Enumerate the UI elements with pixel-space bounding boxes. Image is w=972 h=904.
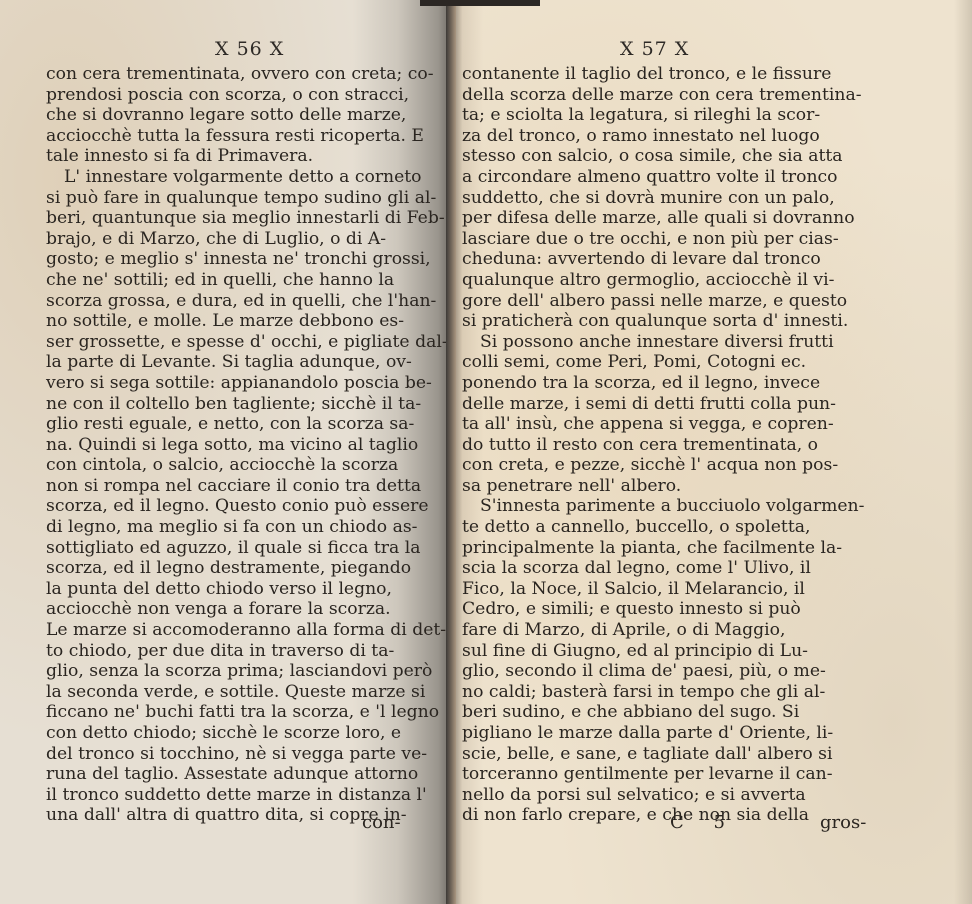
text-line: ta all' insù, che appena si vegga, e cop… [462, 414, 880, 435]
text-line: non si rompa nel cacciare il conio tra d… [46, 476, 438, 497]
signature-mark: C 5 [670, 812, 737, 833]
text-line: S'innesta parimente a bucciuolo volgarme… [462, 496, 880, 517]
text-line: si può fare in qualunque tempo sudino gl… [46, 188, 438, 209]
text-line: la parte di Levante. Si taglia adunque, … [46, 352, 438, 373]
text-line: runa del taglio. Assestate adunque attor… [46, 764, 438, 785]
text-line: principalmente la pianta, che facilmente… [462, 538, 880, 559]
text-line: glio, senza la scorza prima; lasciandovi… [46, 661, 438, 682]
text-line: la seconda verde, e sottile. Queste marz… [46, 682, 438, 703]
text-line: con creta, e pezze, sicchè l' acqua non … [462, 455, 880, 476]
text-line: acciocchè non venga a forare la scorza. [46, 599, 438, 620]
book-spread: X 56 X con cera trementinata, ovvero con… [0, 0, 972, 904]
text-line: ne con il coltello ben tagliente; sicchè… [46, 394, 438, 415]
left-page-body: con cera trementinata, ovvero con creta;… [46, 64, 438, 826]
text-line: to chiodo, per due dita in traverso di t… [46, 641, 438, 662]
text-line: scie, belle, e sane, e tagliate dall' al… [462, 744, 880, 765]
text-line: scorza grossa, e dura, ed in quelli, che… [46, 291, 438, 312]
text-line: Cedro, e simili; e questo innesto si può [462, 599, 880, 620]
text-line: scia la scorza dal legno, come l' Ulivo,… [462, 558, 880, 579]
text-line: di legno, ma meglio si fa con un chiodo … [46, 517, 438, 538]
text-line: sul fine di Giugno, ed al principio di L… [462, 641, 880, 662]
page-number-header: X 56 X [215, 38, 284, 60]
text-line: che ne' sottili; ed in quelli, che hanno… [46, 270, 438, 291]
text-line: za del tronco, o ramo innestato nel luog… [462, 126, 880, 147]
text-line: con cera trementinata, ovvero con creta;… [46, 64, 438, 85]
right-page-body: contanente il taglio del tronco, e le fi… [462, 64, 880, 826]
text-line: a circondare almeno quattro volte il tro… [462, 167, 880, 188]
text-line: scorza, ed il legno. Questo conio può es… [46, 496, 438, 517]
text-line: L' innestare volgarmente detto a corneto [46, 167, 438, 188]
text-line: con cintola, o salcio, acciocchè la scor… [46, 455, 438, 476]
text-line: gore dell' albero passi nelle marze, e q… [462, 291, 880, 312]
text-line: ficcano ne' buchi fatti tra la scorza, e… [46, 702, 438, 723]
text-line: prendosi poscia con scorza, o con stracc… [46, 85, 438, 106]
text-line: il tronco suddetto dette marze in distan… [46, 785, 438, 806]
text-line: vero si sega sottile: appianandolo posci… [46, 373, 438, 394]
text-line: Fico, la Noce, il Salcio, il Melarancio,… [462, 579, 880, 600]
text-line: stesso con salcio, o cosa simile, che si… [462, 146, 880, 167]
text-line: contanente il taglio del tronco, e le fi… [462, 64, 880, 85]
text-line: la punta del detto chiodo verso il legno… [46, 579, 438, 600]
text-line: delle marze, i semi di detti frutti coll… [462, 394, 880, 415]
text-line: Le marze si accomoderanno alla forma di … [46, 620, 438, 641]
text-line: tale innesto si fa di Primavera. [46, 146, 438, 167]
text-line: ser grossette, e spesse d' occhi, e pigl… [46, 332, 438, 353]
text-line: ponendo tra la scorza, ed il legno, inve… [462, 373, 880, 394]
text-line: do tutto il resto con cera trementinata,… [462, 435, 880, 456]
text-line: no caldi; basterà farsi in tempo che gli… [462, 682, 880, 703]
text-line: si praticherà con qualunque sorta d' inn… [462, 311, 880, 332]
text-line: colli semi, come Peri, Pomi, Cotogni ec. [462, 352, 880, 373]
text-line: glio resti eguale, e netto, con la scorz… [46, 414, 438, 435]
text-line: torceranno gentilmente per levarne il ca… [462, 764, 880, 785]
text-line: del tronco si tocchino, nè si vegga part… [46, 744, 438, 765]
text-line: sa penetrare nell' albero. [462, 476, 880, 497]
text-line: fare di Marzo, di Aprile, o di Maggio, [462, 620, 880, 641]
text-line: acciocchè tutta la fessura resti ricoper… [46, 126, 438, 147]
right-page: X 57 X contanente il taglio del tronco, … [452, 0, 972, 904]
spine-shadow [420, 0, 540, 6]
text-line: suddetto, che si dovrà munire con un pal… [462, 188, 880, 209]
text-line: beri sudino, e che abbiano del sugo. Si [462, 702, 880, 723]
text-line: scorza, ed il legno destramente, piegand… [46, 558, 438, 579]
text-line: sottigliato ed aguzzo, il quale si ficca… [46, 538, 438, 559]
text-line: na. Quindi si lega sotto, ma vicino al t… [46, 435, 438, 456]
text-line: qualunque altro germoglio, acciocchè il … [462, 270, 880, 291]
text-line: brajo, e di Marzo, che di Luglio, o di A… [46, 229, 438, 250]
text-line: Si possono anche innestare diversi frutt… [462, 332, 880, 353]
text-line: nello da porsi sul selvatico; e si avver… [462, 785, 880, 806]
page-number-header: X 57 X [620, 38, 689, 60]
text-line: pigliano le marze dalla parte d' Oriente… [462, 723, 880, 744]
text-line: lasciare due o tre occhi, e non più per … [462, 229, 880, 250]
catchword: con- [362, 812, 401, 833]
text-line: per difesa delle marze, alle quali si do… [462, 208, 880, 229]
catchword: gros- [820, 812, 866, 833]
text-line: gosto; e meglio s' innesta ne' tronchi g… [46, 249, 438, 270]
page-edge-shadow [954, 0, 972, 904]
left-page: X 56 X con cera trementinata, ovvero con… [0, 0, 452, 904]
text-line: della scorza delle marze con cera tremen… [462, 85, 880, 106]
text-line: glio, secondo il clima de' paesi, più, o… [462, 661, 880, 682]
text-line: te detto a cannello, buccello, o spolett… [462, 517, 880, 538]
text-line: no sottile, e molle. Le marze debbono es… [46, 311, 438, 332]
text-line: con detto chiodo; sicchè le scorze loro,… [46, 723, 438, 744]
book-gutter [446, 0, 456, 904]
text-line: cheduna: avvertendo di levare dal tronco [462, 249, 880, 270]
text-line: ta; e sciolta la legatura, si rileghi la… [462, 105, 880, 126]
text-line: che si dovranno legare sotto delle marze… [46, 105, 438, 126]
text-line: beri, quantunque sia meglio innestarli d… [46, 208, 438, 229]
